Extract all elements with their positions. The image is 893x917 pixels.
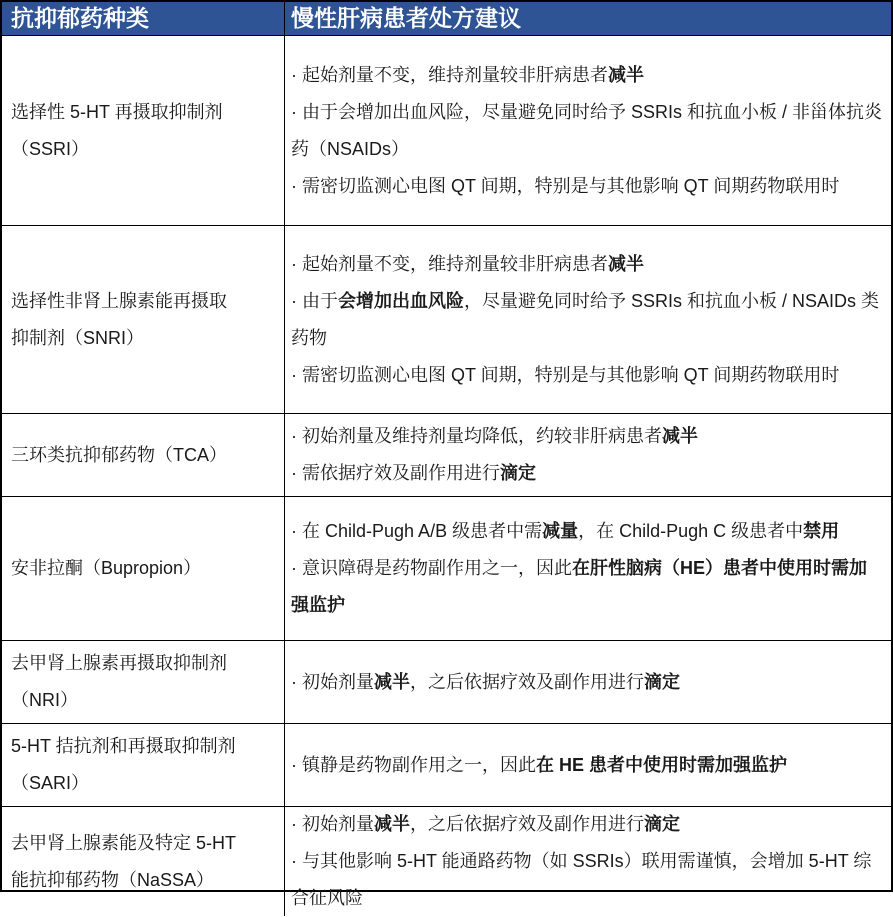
table-row: 选择性 5-HT 再摄取抑制剂（SSRI）· 起始剂量不变，维持剂量较非肝病患者… [2,35,891,225]
drug-class-label: 选择性非肾上腺素能再摄取抑制剂（SNRI） [11,283,240,357]
recommendation-item: · 初始剂量及维持剂量均降低，约较非肝病患者减半 [291,418,883,455]
drug-class-cell: 三环类抗抑郁药物（TCA） [2,414,285,496]
recommendation-item: · 需密切监测心电图 QT 间期，特别是与其他影响 QT 间期药物联用时 [291,357,883,394]
table-row: 选择性非肾上腺素能再摄取抑制剂（SNRI）· 起始剂量不变，维持剂量较非肝病患者… [2,225,891,413]
drug-class-label: 安非拉酮（Bupropion） [11,550,240,587]
recommendation-item: · 与其他影响 5-HT 能通路药物（如 SSRIs）联用需谨慎，会增加 5-H… [291,843,883,917]
recommendation-item: · 需依据疗效及副作用进行滴定 [291,455,883,492]
recommendation-item: · 需密切监测心电图 QT 间期，特别是与其他影响 QT 间期药物联用时 [291,168,883,205]
recommendation-item: · 起始剂量不变，维持剂量较非肝病患者减半 [291,57,883,94]
bullet-dot: · [291,365,302,385]
recommendation-item: · 在 Child-Pugh A/B 级患者中需减量，在 Child-Pugh … [291,513,883,550]
bullet-dot: · [291,672,302,692]
recommendations-cell: · 初始剂量及维持剂量均降低，约较非肝病患者减半· 需依据疗效及副作用进行滴定 [285,414,891,496]
recommendations-cell: · 起始剂量不变，维持剂量较非肝病患者减半· 由于会增加出血风险，尽量避免同时给… [285,36,891,225]
bullet-dot: · [291,176,302,196]
header-cell-recommendation: 慢性肝病患者处方建议 [285,2,891,35]
table-row: 去甲肾上腺素能及特定 5-HT 能抗抑郁药物（NaSSA）· 初始剂量减半，之后… [2,806,891,916]
table-row: 安非拉酮（Bupropion）· 在 Child-Pugh A/B 级患者中需减… [2,496,891,640]
prescription-table: 抗抑郁药种类 慢性肝病患者处方建议 选择性 5-HT 再摄取抑制剂（SSRI）·… [0,0,893,892]
recommendation-item: · 初始剂量减半，之后依据疗效及副作用进行滴定 [291,806,883,843]
drug-class-label: 去甲肾上腺素再摄取抑制剂（NRI） [11,645,240,719]
bullet-dot: · [291,851,302,871]
drug-class-cell: 5-HT 拮抗剂和再摄取抑制剂（SARI） [2,724,285,806]
drug-class-column-header: 抗抑郁药种类 [11,2,240,35]
header-cell-drug-class: 抗抑郁药种类 [2,2,285,35]
recommendation-column-header: 慢性肝病患者处方建议 [291,2,883,35]
bullet-dot: · [291,755,302,775]
drug-class-label: 选择性 5-HT 再摄取抑制剂（SSRI） [11,94,240,168]
bullet-dot: · [291,291,302,311]
table-row: 5-HT 拮抗剂和再摄取抑制剂（SARI）· 镇静是药物副作用之一，因此在 HE… [2,723,891,806]
drug-class-label: 三环类抗抑郁药物（TCA） [11,437,240,474]
drug-class-cell: 选择性非肾上腺素能再摄取抑制剂（SNRI） [2,226,285,413]
drug-class-cell: 安非拉酮（Bupropion） [2,497,285,640]
bullet-dot: · [291,814,302,834]
drug-class-label: 5-HT 拮抗剂和再摄取抑制剂（SARI） [11,728,240,802]
drug-class-cell: 去甲肾上腺素能及特定 5-HT 能抗抑郁药物（NaSSA） [2,807,285,916]
drug-class-label: 去甲肾上腺素能及特定 5-HT 能抗抑郁药物（NaSSA） [11,825,240,899]
table-row: 三环类抗抑郁药物（TCA）· 初始剂量及维持剂量均降低，约较非肝病患者减半· 需… [2,413,891,496]
recommendations-cell: · 起始剂量不变，维持剂量较非肝病患者减半· 由于会增加出血风险，尽量避免同时给… [285,226,891,413]
bullet-dot: · [291,426,302,446]
recommendation-item: · 意识障碍是药物副作用之一，因此在肝性脑病（HE）患者中使用时需加强监护 [291,550,883,624]
recommendation-item: · 初始剂量减半，之后依据疗效及副作用进行滴定 [291,664,883,701]
recommendations-cell: · 初始剂量减半，之后依据疗效及副作用进行滴定 [285,641,891,723]
drug-class-cell: 选择性 5-HT 再摄取抑制剂（SSRI） [2,36,285,225]
bullet-dot: · [291,254,302,274]
recommendation-item: · 由于会增加出血风险，尽量避免同时给予 SSRIs 和抗血小板 / NSAID… [291,283,883,357]
recommendation-item: · 起始剂量不变，维持剂量较非肝病患者减半 [291,246,883,283]
recommendation-item: · 镇静是药物副作用之一，因此在 HE 患者中使用时需加强监护 [291,747,883,784]
table-header-row: 抗抑郁药种类 慢性肝病患者处方建议 [2,2,891,35]
bullet-dot: · [291,558,302,578]
bullet-dot: · [291,521,302,541]
drug-class-cell: 去甲肾上腺素再摄取抑制剂（NRI） [2,641,285,723]
bullet-dot: · [291,65,302,85]
table-row: 去甲肾上腺素再摄取抑制剂（NRI）· 初始剂量减半，之后依据疗效及副作用进行滴定 [2,640,891,723]
bullet-dot: · [291,102,302,122]
recommendations-cell: · 在 Child-Pugh A/B 级患者中需减量，在 Child-Pugh … [285,497,891,640]
bullet-dot: · [291,463,302,483]
recommendations-cell: · 镇静是药物副作用之一，因此在 HE 患者中使用时需加强监护 [285,724,891,806]
recommendation-item: · 由于会增加出血风险，尽量避免同时给予 SSRIs 和抗血小板 / 非甾体抗炎… [291,94,883,168]
recommendations-cell: · 初始剂量减半，之后依据疗效及副作用进行滴定· 与其他影响 5-HT 能通路药… [285,807,891,916]
